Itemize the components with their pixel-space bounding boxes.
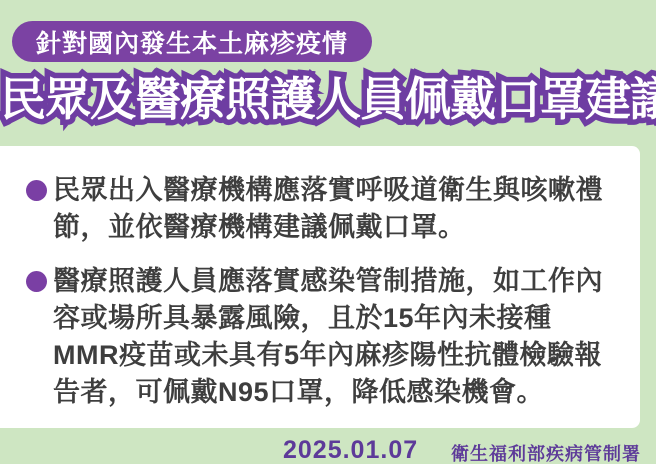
page-title-text: 民眾及醫療照護人員佩戴口罩建議 [0,63,656,135]
list-item: 民眾出入醫療機構應落實呼吸道衛生與咳嗽禮節，並依醫療機構建議佩戴口罩。 [26,172,604,246]
agency-name: 衛生福利部疾病管制署 [451,440,641,464]
topic-badge-label: 針對國內發生本土麻疹疫情 [36,24,348,60]
publish-date: 2025.01.07 [283,436,418,464]
topic-badge: 針對國內發生本土麻疹疫情 [12,21,372,62]
bullet-dot-icon [26,271,47,292]
list-item: 醫療照護人員應落實感染管制措施，如工作內容或場所具暴露風險，且於15年內未接種M… [26,263,604,411]
poster: 針對國內發生本土麻疹疫情 民眾及醫療照護人員佩戴口罩建議 民眾及醫療照護人員佩戴… [0,0,656,464]
advisory-public-text: 民眾出入醫療機構應落實呼吸道衛生與咳嗽禮節，並依醫療機構建議佩戴口罩。 [53,172,604,246]
advisory-healthcare-text: 醫療照護人員應落實感染管制措施，如工作內容或場所具暴露風險，且於15年內未接種M… [53,263,604,411]
advisory-panel: 民眾出入醫療機構應落實呼吸道衛生與咳嗽禮節，並依醫療機構建議佩戴口罩。 醫療照護… [0,146,640,428]
bullet-dot-icon [26,180,47,201]
page-title: 民眾及醫療照護人員佩戴口罩建議 民眾及醫療照護人員佩戴口罩建議 [0,63,656,137]
